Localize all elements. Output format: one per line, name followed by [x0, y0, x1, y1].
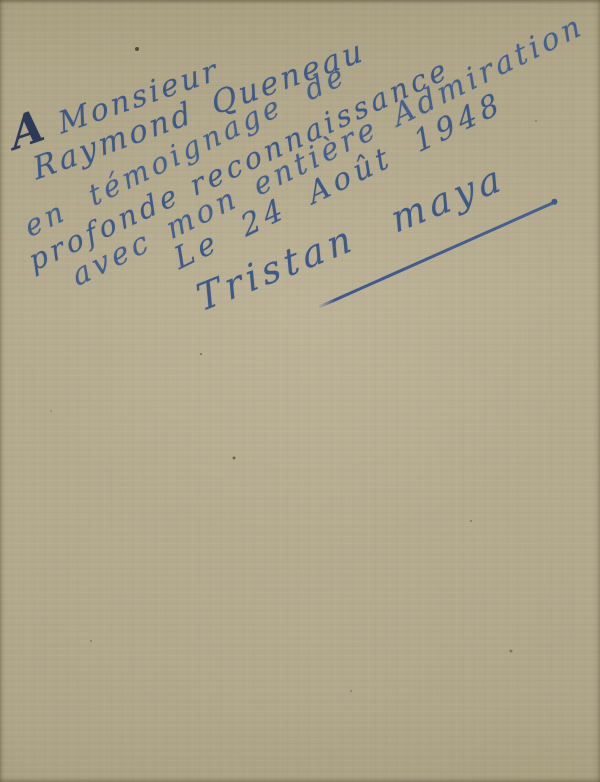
book-page-scan: A Monsieur Raymond Queneau en témoignage… [0, 0, 600, 782]
